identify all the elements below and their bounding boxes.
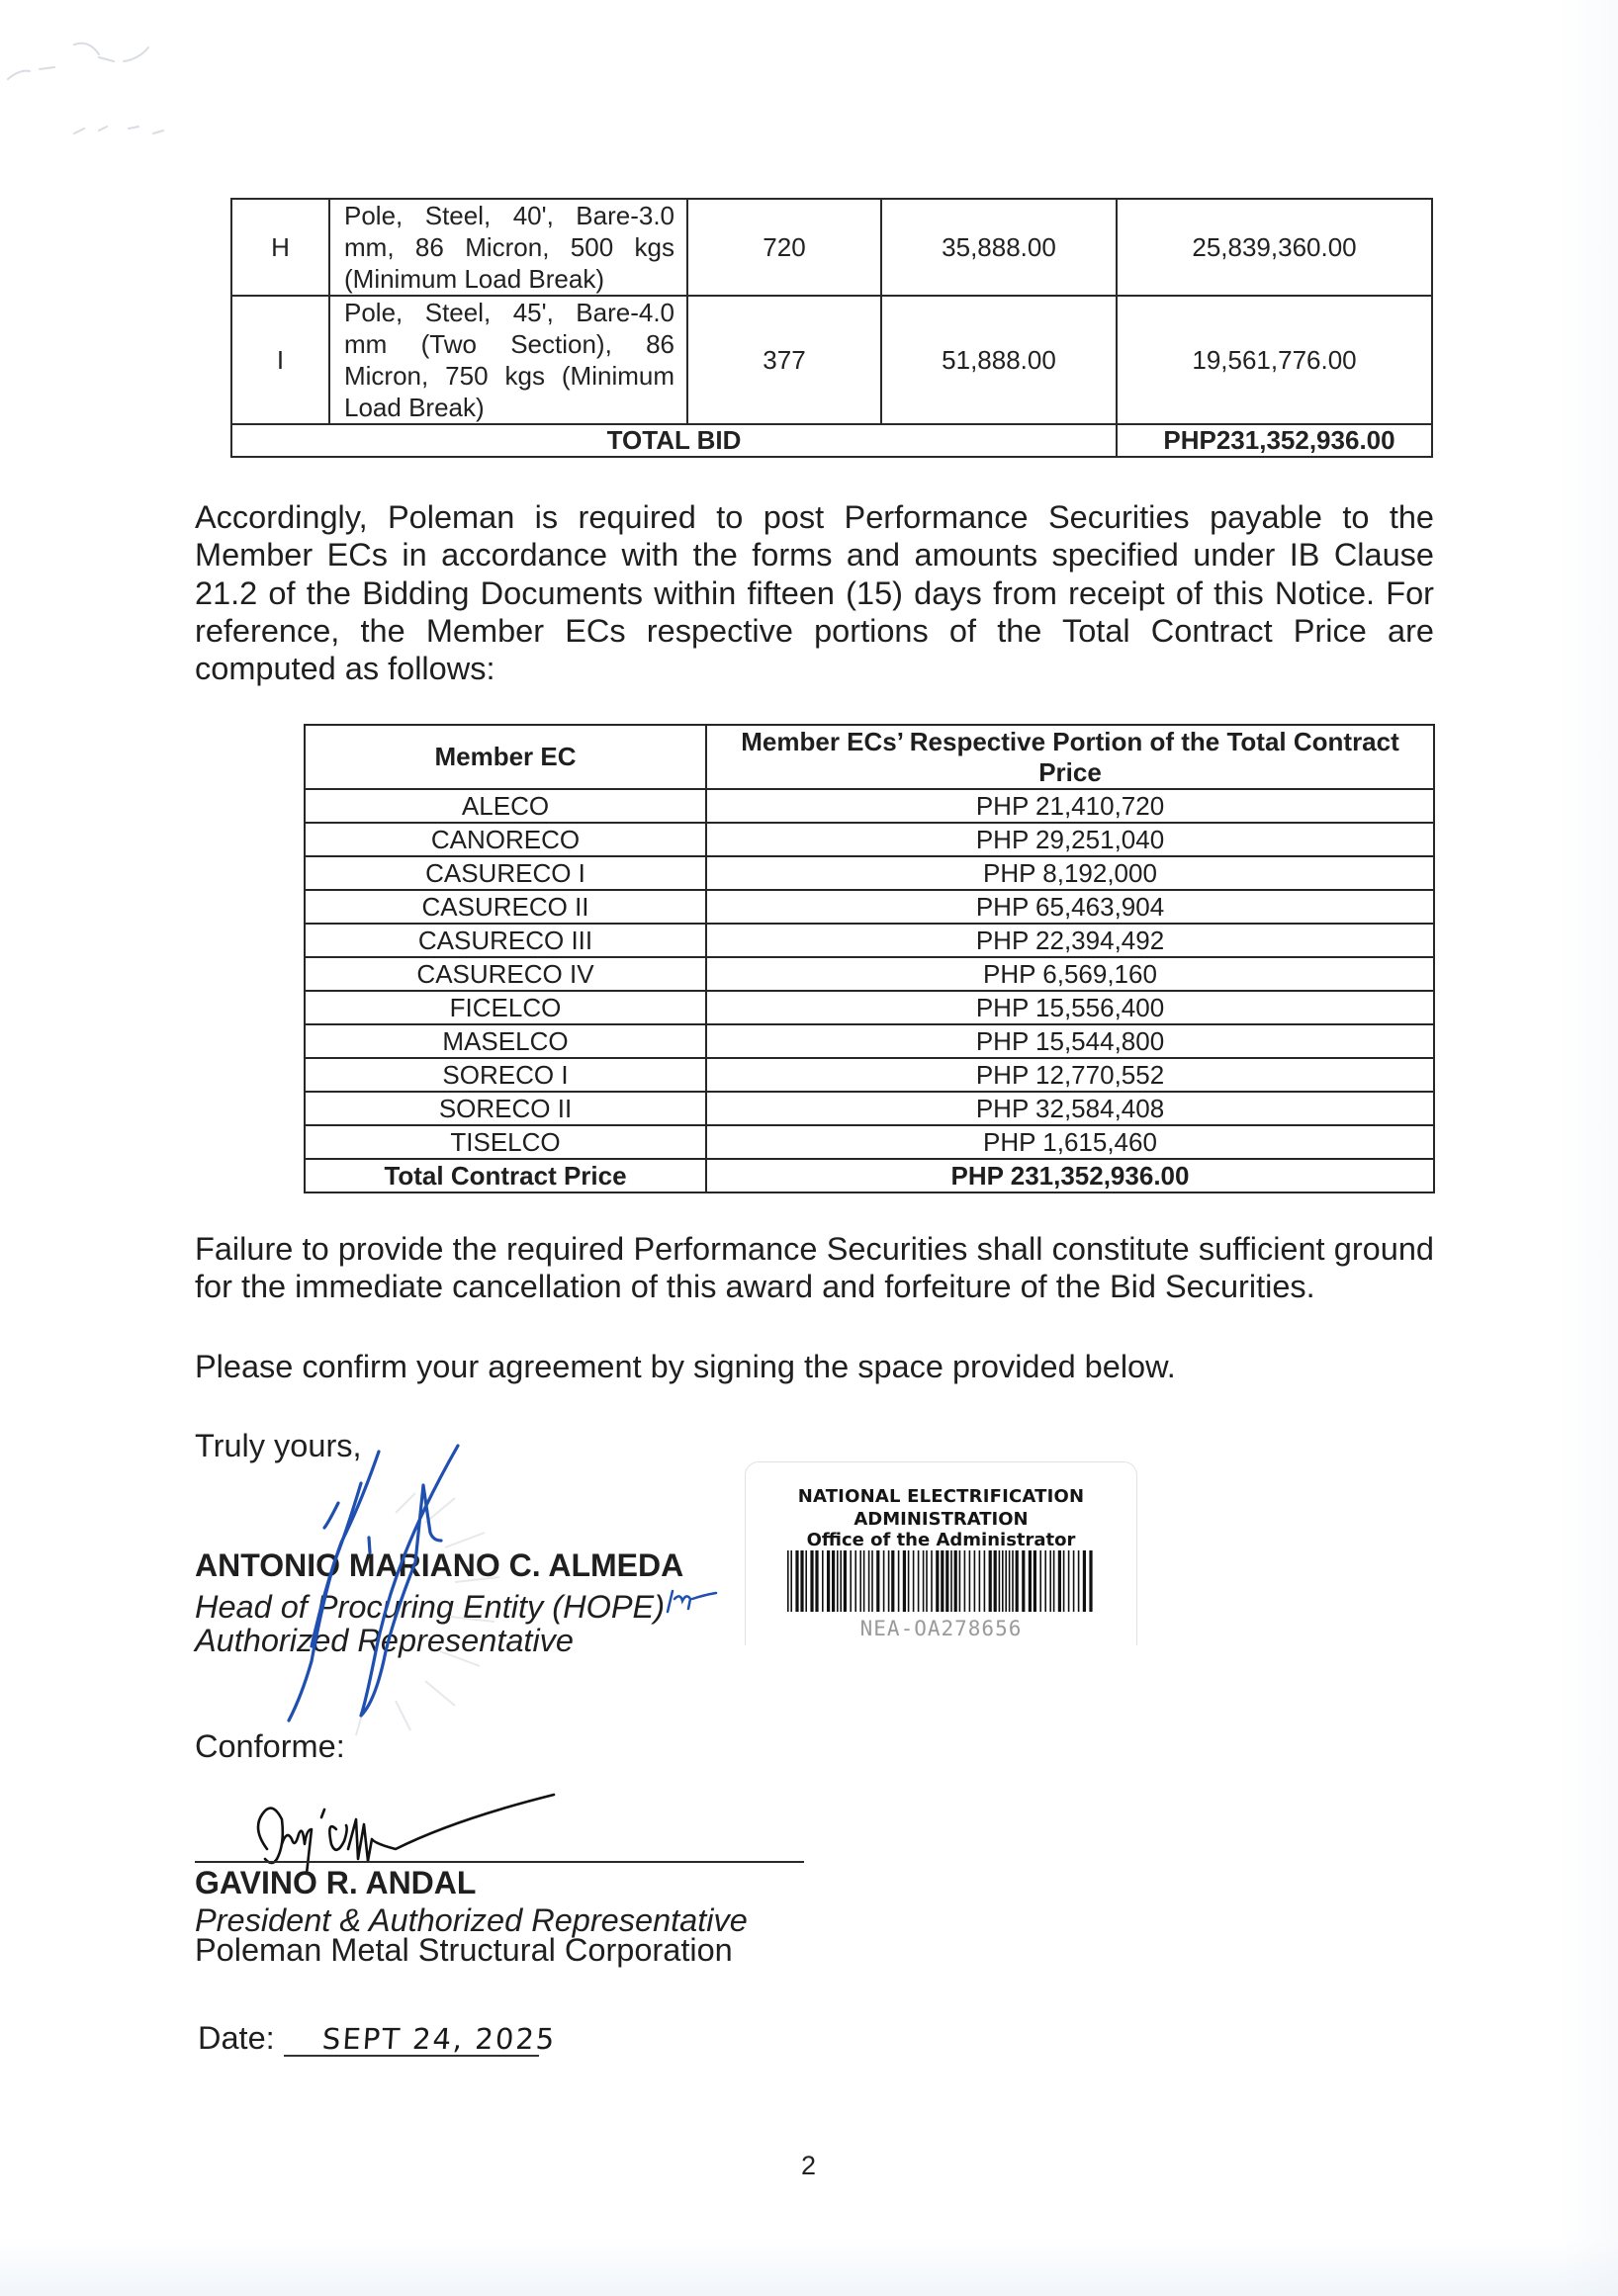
table-row: H Pole, Steel, 40', Bare-3.0 mm, 86 Micr…: [231, 199, 1432, 296]
confirm-request-paragraph: Please confirm your agreement by signing…: [195, 1348, 1434, 1385]
stamp-office-line: Office of the Administrator: [746, 1530, 1136, 1550]
table-row: SORECO IIPHP 32,584,408: [305, 1092, 1434, 1125]
table-row: MASELCOPHP 15,544,800: [305, 1024, 1434, 1058]
portion-cell: PHP 12,770,552: [706, 1058, 1434, 1092]
portion-cell: PHP 8,192,000: [706, 856, 1434, 890]
total-contract-price-row: Total Contract PricePHP 231,352,936.00: [305, 1159, 1434, 1192]
stamp-agency-line: NATIONAL ELECTRIFICATION: [746, 1486, 1136, 1507]
description-cell: Pole, Steel, 40', Bare-3.0 mm, 86 Micron…: [329, 199, 687, 296]
member-ec-cell: CASURECO I: [305, 856, 706, 890]
portion-cell: PHP 6,569,160: [706, 957, 1434, 991]
page-number: 2: [801, 2151, 816, 2181]
performance-securities-paragraph: Accordingly, Poleman is required to post…: [195, 498, 1434, 687]
date-label: Date:: [198, 2020, 275, 2057]
date-value: SEPT 24, 2025: [321, 2022, 558, 2056]
lot-cell: H: [231, 199, 329, 296]
conforme-company: Poleman Metal Structural Corporation: [195, 1932, 733, 1969]
conforme-name: GAVINO R. ANDAL: [195, 1865, 476, 1901]
portion-cell: PHP 22,394,492: [706, 924, 1434, 957]
member-ec-cell: CASURECO IV: [305, 957, 706, 991]
conforme-label: Conforme:: [195, 1728, 345, 1765]
faint-bleedthrough-marks: [0, 0, 218, 158]
total-contract-price-label: Total Contract Price: [305, 1159, 706, 1192]
member-ec-cell: CASURECO III: [305, 924, 706, 957]
barcode-icon: [787, 1550, 1097, 1612]
table-row: CASURECO IVPHP 6,569,160: [305, 957, 1434, 991]
total-price-cell: 19,561,776.00: [1117, 296, 1432, 424]
member-ec-cell: CANORECO: [305, 823, 706, 856]
portion-cell: PHP 15,544,800: [706, 1024, 1434, 1058]
table-row: TISELCOPHP 1,615,460: [305, 1125, 1434, 1159]
bid-items-table: H Pole, Steel, 40', Bare-3.0 mm, 86 Micr…: [230, 198, 1433, 458]
table-row: ALECOPHP 21,410,720: [305, 789, 1434, 823]
total-price-cell: 25,839,360.00: [1117, 199, 1432, 296]
member-ec-cell: FICELCO: [305, 991, 706, 1024]
member-ec-table: Member EC Member ECs’ Respective Portion…: [304, 724, 1435, 1193]
portion-cell: PHP 65,463,904: [706, 890, 1434, 924]
member-ec-cell: MASELCO: [305, 1024, 706, 1058]
portion-cell: PHP 15,556,400: [706, 991, 1434, 1024]
portion-cell: PHP 21,410,720: [706, 789, 1434, 823]
table-row: CASURECO IIPHP 65,463,904: [305, 890, 1434, 924]
table-row: SORECO IPHP 12,770,552: [305, 1058, 1434, 1092]
member-ec-cell: SORECO I: [305, 1058, 706, 1092]
member-ec-cell: ALECO: [305, 789, 706, 823]
table-row: FICELCOPHP 15,556,400: [305, 991, 1434, 1024]
portion-cell: PHP 29,251,040: [706, 823, 1434, 856]
hope-signature: [267, 1434, 504, 1760]
barcode-number: NEA-OA278656: [746, 1617, 1136, 1640]
conforme-signature-line: [195, 1861, 804, 1863]
scan-edge-shadow: [1559, 0, 1618, 2296]
table-row: CANORECOPHP 29,251,040: [305, 823, 1434, 856]
table-header-row: Member EC Member ECs’ Respective Portion…: [305, 725, 1434, 789]
unit-price-cell: 51,888.00: [881, 296, 1117, 424]
table-row: CASURECO IIIPHP 22,394,492: [305, 924, 1434, 957]
column-header-portion: Member ECs’ Respective Portion of the To…: [706, 725, 1434, 789]
scan-bottom-shadow: [0, 2237, 1618, 2296]
total-bid-row: TOTAL BID PHP231,352,936.00: [231, 424, 1432, 457]
member-ec-cell: SORECO II: [305, 1092, 706, 1125]
unit-price-cell: 35,888.00: [881, 199, 1117, 296]
failure-notice-paragraph: Failure to provide the required Performa…: [195, 1230, 1434, 1306]
portion-cell: PHP 32,584,408: [706, 1092, 1434, 1125]
description-cell: Pole, Steel, 45', Bare-4.0 mm (Two Secti…: [329, 296, 687, 424]
total-bid-label: TOTAL BID: [231, 424, 1117, 457]
quantity-cell: 720: [687, 199, 881, 296]
quantity-cell: 377: [687, 296, 881, 424]
total-contract-price-value: PHP 231,352,936.00: [706, 1159, 1434, 1192]
stamp-agency-line-2: ADMINISTRATION: [746, 1509, 1136, 1530]
portion-cell: PHP 1,615,460: [706, 1125, 1434, 1159]
total-bid-value: PHP231,352,936.00: [1117, 424, 1432, 457]
lot-cell: I: [231, 296, 329, 424]
table-row: CASURECO IPHP 8,192,000: [305, 856, 1434, 890]
table-row: I Pole, Steel, 45', Bare-4.0 mm (Two Sec…: [231, 296, 1432, 424]
member-ec-cell: TISELCO: [305, 1125, 706, 1159]
initials-mark: [665, 1587, 724, 1617]
column-header-member-ec: Member EC: [305, 725, 706, 789]
nea-receiving-stamp: NATIONAL ELECTRIFICATION ADMINISTRATION …: [745, 1461, 1137, 1645]
member-ec-cell: CASURECO II: [305, 890, 706, 924]
